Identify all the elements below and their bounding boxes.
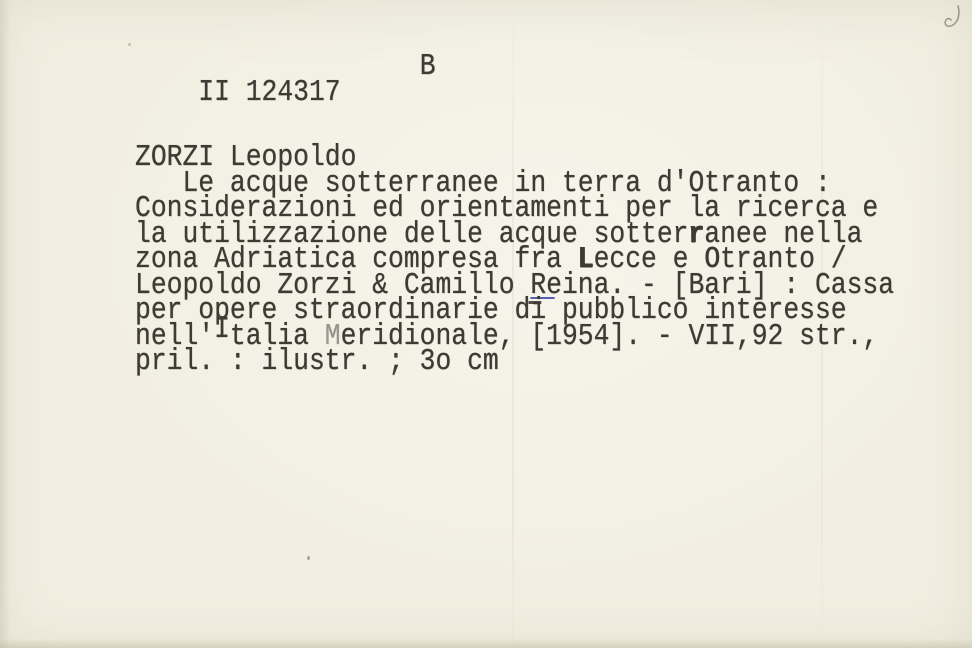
paper-speck xyxy=(307,556,310,560)
catalog-card-scan: II 124317 B ZORZI Leopoldo Le acque sott… xyxy=(0,0,972,648)
section-letter: B xyxy=(420,54,436,80)
text-line: pril. : ilustr. ; 3o cm xyxy=(135,349,894,375)
paper-speck xyxy=(128,43,131,46)
text-segment: I xyxy=(214,317,230,343)
shelfmark: II 124317 xyxy=(198,75,340,110)
pencil-tick-mark xyxy=(928,2,968,36)
text-segment: pril. : ilustr. ; 3o cm xyxy=(135,349,499,375)
card-body-text: ZORZI Leopoldo Le acque sotterranee in t… xyxy=(135,145,894,375)
